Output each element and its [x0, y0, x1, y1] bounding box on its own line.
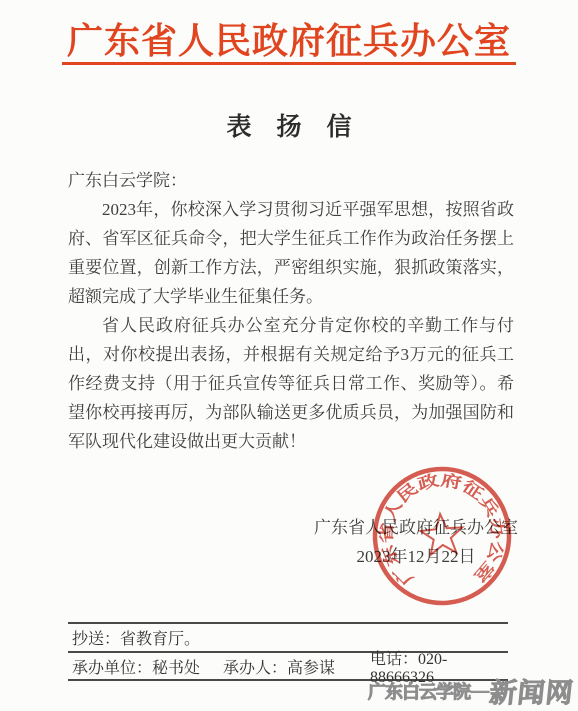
letterhead-divider — [62, 62, 516, 65]
handler-text: 承办人：高参谋 — [223, 655, 370, 678]
seal-arc-text: 广东省人民政府征兵办公室 — [371, 465, 511, 595]
document-page: 广东省人民政府征兵办公室 表 扬 信 广东白云学院： 2023年，你校深入学习贯… — [0, 0, 578, 711]
watermark-section: 新闻网 — [488, 671, 576, 710]
watermark: 广东白云学院 — 新闻网 — [368, 671, 574, 710]
watermark-site-name: 广东白云学院 — [368, 678, 470, 704]
paragraph-1: 2023年，你校深入学习贯彻习近平强军思想，按照省政府、省军区征兵命令，把大学生… — [68, 195, 514, 311]
letterhead-org-name: 广东省人民政府征兵办公室 — [0, 21, 578, 61]
organizer-text: 承办单位：秘书处 — [72, 655, 223, 678]
official-seal: 广东省人民政府征兵办公室 — [357, 451, 526, 620]
letter-body: 广东白云学院： 2023年，你校深入学习贯彻习近平强军思想，按照省政府、省军区征… — [68, 166, 514, 456]
paragraph-2: 省人民政府征兵办公室充分肯定你校的辛勤工作与付出，对你校提出表扬，并根据有关规定… — [68, 311, 514, 456]
watermark-dash: — — [471, 680, 489, 701]
document-title: 表 扬 信 — [0, 107, 578, 143]
salutation: 广东白云学院： — [68, 166, 514, 195]
star-icon — [419, 512, 464, 555]
cc-text: 抄送：省教育厅。 — [72, 626, 200, 649]
